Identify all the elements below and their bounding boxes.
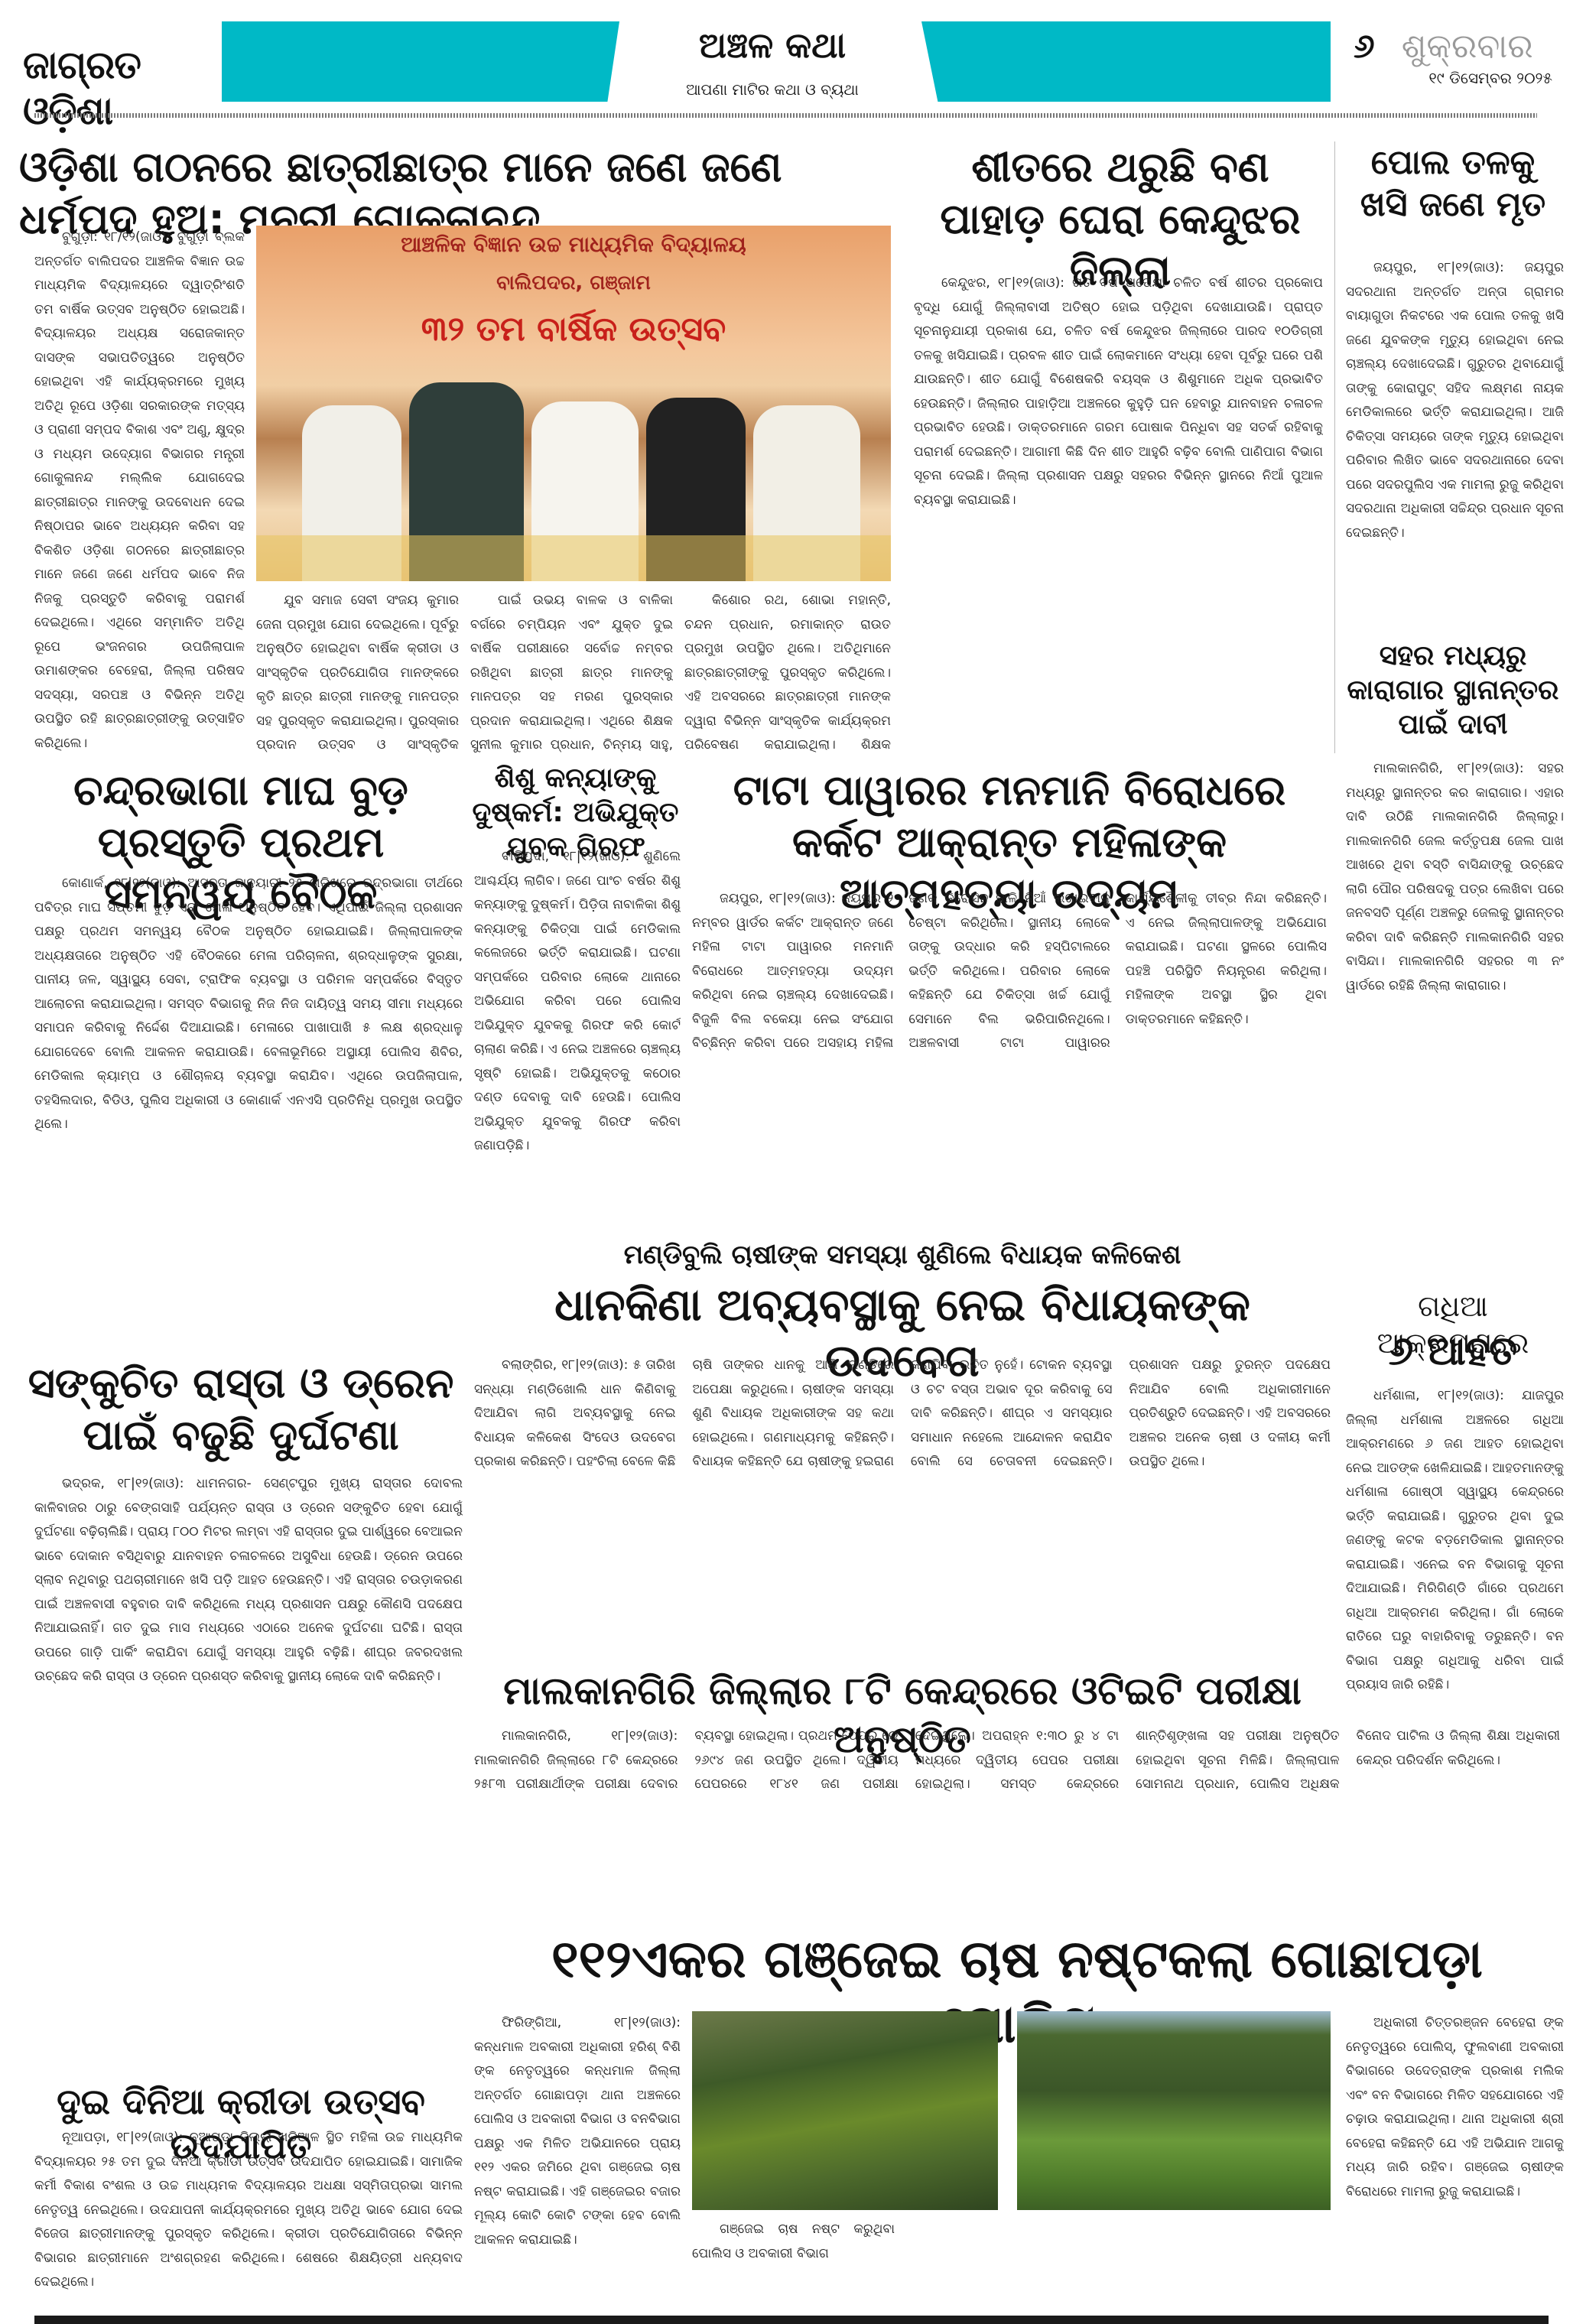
article-gokulananda-col3: ପାଇଁ ଉଭୟ ବାଳକ ଓ ବାଳିକା ବର୍ଗରେ ଚମ୍ପିୟନ ଏବ… bbox=[470, 589, 673, 753]
article-gokulananda-col2: ଯୁବ ସମାଜ ସେବୀ ସଂଜୟ କୁମାର ଜେନା ପ୍ରମୁଖ ଯୋଗ… bbox=[256, 589, 459, 753]
article-bridge-fall-body: ଜୟପୁର, ୧୮|୧୨(ଜାଓ): ଜୟପୁର ସଦରଥାନା ଅନ୍ତର୍ଗ… bbox=[1346, 256, 1564, 631]
page-info: ୬ ଶୁକ୍ରବାର ୧୯ ଡିସେମ୍ବର ୨୦୨୫ bbox=[1354, 27, 1568, 103]
masthead-divider bbox=[34, 113, 1537, 118]
section-subtitle: ଆପଣା ମାଟିର କଥା ଓ ବ୍ୟଥା bbox=[619, 80, 925, 103]
footer-bar bbox=[34, 2316, 1549, 2324]
kicker-paddy: ମଣ୍ଡିବୁଲି ଚାଷୀଙ୍କ ସମସ୍ୟା ଶୁଣିଲେ ବିଧାୟକ କ… bbox=[474, 1239, 1331, 1272]
headline-jail-shift: ସହର ମଧ୍ୟରୁ କାରାଗାର ସ୍ଥାନାନ୍ତର ପାଇଁ ଦାବୀ bbox=[1342, 639, 1564, 742]
photo-ganja-field-2 bbox=[1017, 2011, 1331, 2210]
article-jail-shift-body: ମାଲକାନଗିରି, ୧୮|୧୨(ଜାଓ): ସହର ମଧ୍ୟରୁ ସ୍ଥାନ… bbox=[1346, 757, 1564, 1266]
section-title: ଅଞ୍ଚଳ କଥା bbox=[619, 24, 925, 70]
photo-ganja-field-1 bbox=[692, 2011, 998, 2210]
article-child-abuse-body: ବାରିପଦା, ୧୮|୧୨(ଜାଓ): ଶୁଣିଲେ ଆଶ୍ଚର୍ଯ୍ୟ ଲା… bbox=[474, 845, 681, 1235]
photo-banner-event: ୩୨ ତମ ବାର୍ଷିକ ଉତ୍ସବ bbox=[256, 310, 891, 349]
header-teal-band-right bbox=[921, 21, 1331, 102]
article-keonjhar-body: କେନ୍ଦୁଝର, ୧୮|୧୨(ଜାଓ): ଗତ ବର୍ଷ ଅପେକ୍ଷା ଚଳ… bbox=[914, 271, 1323, 753]
page-number: ୬ bbox=[1354, 27, 1375, 66]
article-malkangiri-exam-body: ମାଲକାନଗିରି, ୧୮|୧୨(ଜାଓ): ମାଲକାନଗିରି ଜିଲ୍ଲ… bbox=[474, 1724, 1560, 1923]
article-ganja-body-left: ଫିରିଙ୍ଗିଆ, ୧୮|୧୨(ଜାଓ): କନ୍ଧମାଳ ଅବକାରୀ ଅଧ… bbox=[474, 2011, 681, 2309]
headline-bridge-fall: ପୋଲ ତଳକୁ ଖସି ଜଣେ ମୃତ bbox=[1342, 141, 1564, 226]
weekday: ଶୁକ୍ରବାର bbox=[1402, 27, 1533, 66]
header-teal-band-left bbox=[222, 21, 619, 102]
photo-banner-place: ବାଲିପଦର, ଗଞ୍ଜାମ bbox=[256, 271, 891, 295]
article-paddy-body: ବଲାଙ୍ଗିର, ୧୮|୧୨(ଜାଓ): ୫ ତାରିଖ ସନ୍ଧ୍ୟା ମଣ… bbox=[474, 1354, 1331, 1667]
newspaper-logo: ଜାଗ୍ରତ ଓଡ଼ିଶା bbox=[23, 42, 176, 96]
article-sports-fest-body: ନୂଆପଡ଼ା, ୧୮|୧୨(ଜାଓ): ନୂଆପଡ଼ା ଜିଲ୍ଲା ଖଡିଆ… bbox=[34, 2126, 463, 2309]
headline-wolf-attack-line2: ୬ ଆହତ bbox=[1342, 1327, 1564, 1377]
issue-date: ୧୯ ଡିସେମ୍ବର ୨୦୨୫ bbox=[1354, 69, 1568, 87]
article-ganja-body-right: ଅଧିକାରୀ ଚିତ୍ତରଞ୍ଜନ ବେହେରା ଙ୍କ ନେତୃତ୍ୱରେ … bbox=[1346, 2011, 1564, 2309]
article-road-drain-body: ଭଦ୍ରକ, ୧୮|୧୨(ଜାଓ): ଧାମନଗର- ସେଣ୍ଟପୁର ମୁଖ୍… bbox=[34, 1472, 463, 2072]
photo-annual-function: ଆଞ୍ଚଳିକ ବିଜ୍ଞାନ ଉଚ୍ଚ ମାଧ୍ୟମିକ ବିଦ୍ୟାଳୟ ବ… bbox=[256, 226, 891, 581]
photo-banner-school: ଆଞ୍ଚଳିକ ବିଜ୍ଞାନ ଉଚ୍ଚ ମାଧ୍ୟମିକ ବିଦ୍ୟାଳୟ bbox=[256, 232, 891, 258]
photo-chairs bbox=[256, 535, 891, 581]
article-tata-power-body: ଜୟପୁର, ୧୮|୧୨(ଜାଓ): ଜୟପୁର ୨ ନମ୍ବର ୱାର୍ଡର … bbox=[692, 887, 1327, 1235]
column-divider bbox=[1334, 141, 1335, 753]
article-chandrabhaga-body: କୋଣାର୍କ, ୧୮|୧୨(ଜାଓ): ଆସନ୍ତା ଜାନୁୟାରୀ ୨୫ … bbox=[34, 872, 463, 1354]
photo-caption-ganja: ଗଞ୍ଜେଇ ଚାଷ ନଷ୍ଟ କରୁଥିବା ପୋଲିସ ଓ ଅବକାରୀ ବ… bbox=[692, 2218, 1331, 2309]
headline-road-drain: ସଙ୍କୁଚିତ ରାସ୍ତା ଓ ଡ୍ରେନ ପାଇଁ ବଢୁଛି ଦୁର୍ଘ… bbox=[19, 1357, 463, 1461]
article-gokulananda-col1: ବୁଗୁଡ଼ା: ୧୮/୧୨(ଜାଓ): ବୁଗୁଡ଼ା ବ୍ଲକ ଅନ୍ତର୍… bbox=[34, 226, 245, 753]
article-gokulananda-col4: କିଶୋର ରଥ, ଶୋଭା ମହାନ୍ତି, ଚନ୍ଦନ ପ୍ରଧାନ, ରମ… bbox=[684, 589, 891, 753]
